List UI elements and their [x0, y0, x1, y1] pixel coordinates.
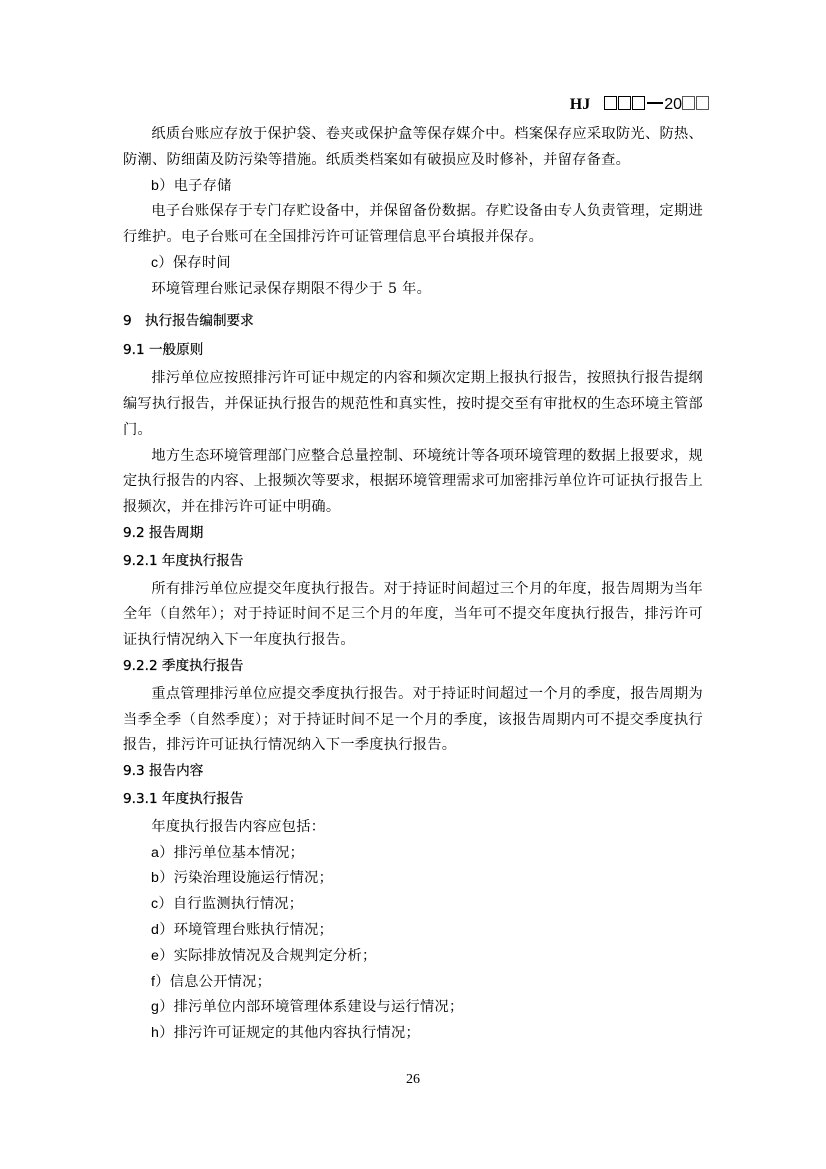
- section-heading-9-2-2: 9.2.2 季度执行报告: [123, 654, 703, 680]
- list-item: f）信息公开情况；: [123, 970, 703, 996]
- dash-separator: [647, 102, 663, 104]
- document-body: 纸质台账应存放于保护袋、卷夹或保护盒等保存媒介中。档案保存应采取防光、防热、防潮…: [123, 122, 703, 1047]
- item-title: 保存时间: [173, 255, 231, 271]
- list-item: b）污染治理设施运行情况；: [123, 866, 703, 892]
- standard-prefix: HJ: [570, 96, 590, 113]
- list-item: e）实际排放情况及合规判定分析；: [123, 944, 703, 970]
- item-title: 电子存储: [174, 178, 232, 194]
- item-retention-time: c）保存时间: [123, 251, 703, 277]
- list-item-label: b）: [151, 870, 174, 886]
- section-heading-9-2-1: 9.2.1 年度执行报告: [123, 549, 703, 575]
- page-number: 26: [0, 1072, 826, 1088]
- section-heading-9-3-1: 9.3.1 年度执行报告: [123, 787, 703, 813]
- item-label: b）: [151, 178, 174, 194]
- list-item-label: g）: [151, 999, 174, 1015]
- item-electronic-storage: b）电子存储: [123, 174, 703, 200]
- document-standard-code: HJ 20: [570, 96, 710, 114]
- list-item-text: 排污许可证规定的其他内容执行情况；: [174, 1025, 420, 1041]
- paragraph-9-2-2: 重点管理排污单位应提交季度执行报告。对于持证时间超过一个月的季度，报告周期为当季…: [123, 682, 703, 759]
- list-item-label: f）: [151, 974, 170, 990]
- list-item-label: h）: [151, 1025, 174, 1041]
- item-label: c）: [151, 255, 173, 271]
- year-prefix: 20: [664, 96, 682, 113]
- paragraph-paper-storage: 纸质台账应存放于保护袋、卷夹或保护盒等保存媒介中。档案保存应采取防光、防热、防潮…: [123, 122, 703, 174]
- placeholder-box-icon: [632, 96, 645, 110]
- list-item: d）环境管理台账执行情况；: [123, 918, 703, 944]
- list-item-text: 排污单位基本情况；: [174, 845, 304, 861]
- section-number: 9: [123, 309, 145, 335]
- section-heading-9-3: 9.3 报告内容: [123, 759, 703, 785]
- list-item-text: 环境管理台账执行情况；: [174, 922, 333, 938]
- section-heading-9: 9执行报告编制要求: [123, 309, 703, 335]
- list-item-text: 污染治理设施运行情况；: [174, 870, 333, 886]
- section-heading-9-2: 9.2 报告周期: [123, 521, 703, 547]
- report-content-list: a）排污单位基本情况； b）污染治理设施运行情况； c）自行监测执行情况； d）…: [123, 841, 703, 1047]
- paragraph-electronic-storage: 电子台账保存于专门存贮设备中，并保留备份数据。存贮设备由专人负责管理，定期进行维…: [123, 199, 703, 251]
- list-item: c）自行监测执行情况；: [123, 892, 703, 918]
- section-heading-9-1: 9.1 一般原则: [123, 338, 703, 364]
- list-item: h）排污许可证规定的其他内容执行情况；: [123, 1021, 703, 1047]
- list-item-text: 排污单位内部环境管理体系建设与运行情况；: [174, 999, 464, 1015]
- list-item-label: d）: [151, 922, 174, 938]
- section-title: 执行报告编制要求: [145, 313, 254, 329]
- placeholder-box-icon: [682, 96, 695, 110]
- paragraph-9-1-b: 地方生态环境管理部门应整合总量控制、环境统计等各项环境管理的数据上报要求，规定执…: [123, 444, 703, 521]
- paragraph-9-2-1: 所有排污单位应提交年度执行报告。对于持证时间超过三个月的年度，报告周期为当年全年…: [123, 577, 703, 654]
- paragraph-9-1-a: 排污单位应按照排污许可证中规定的内容和频次定期上报执行报告，按照执行报告提纲编写…: [123, 366, 703, 443]
- placeholder-box-icon: [696, 96, 709, 110]
- list-item-text: 信息公开情况；: [170, 974, 271, 990]
- placeholder-box-icon: [604, 96, 617, 110]
- list-item-label: e）: [151, 948, 174, 964]
- list-item-label: c）: [151, 896, 173, 912]
- list-item: g）排污单位内部环境管理体系建设与运行情况；: [123, 995, 703, 1021]
- list-item-text: 实际排放情况及合规判定分析；: [174, 948, 377, 964]
- list-item-text: 自行监测执行情况；: [173, 896, 303, 912]
- paragraph-retention: 环境管理台账记录保存期限不得少于 5 年。: [123, 277, 703, 303]
- list-item-label: a）: [151, 845, 174, 861]
- placeholder-box-icon: [618, 96, 631, 110]
- list-item: a）排污单位基本情况；: [123, 841, 703, 867]
- list-intro: 年度执行报告内容应包括：: [123, 815, 703, 841]
